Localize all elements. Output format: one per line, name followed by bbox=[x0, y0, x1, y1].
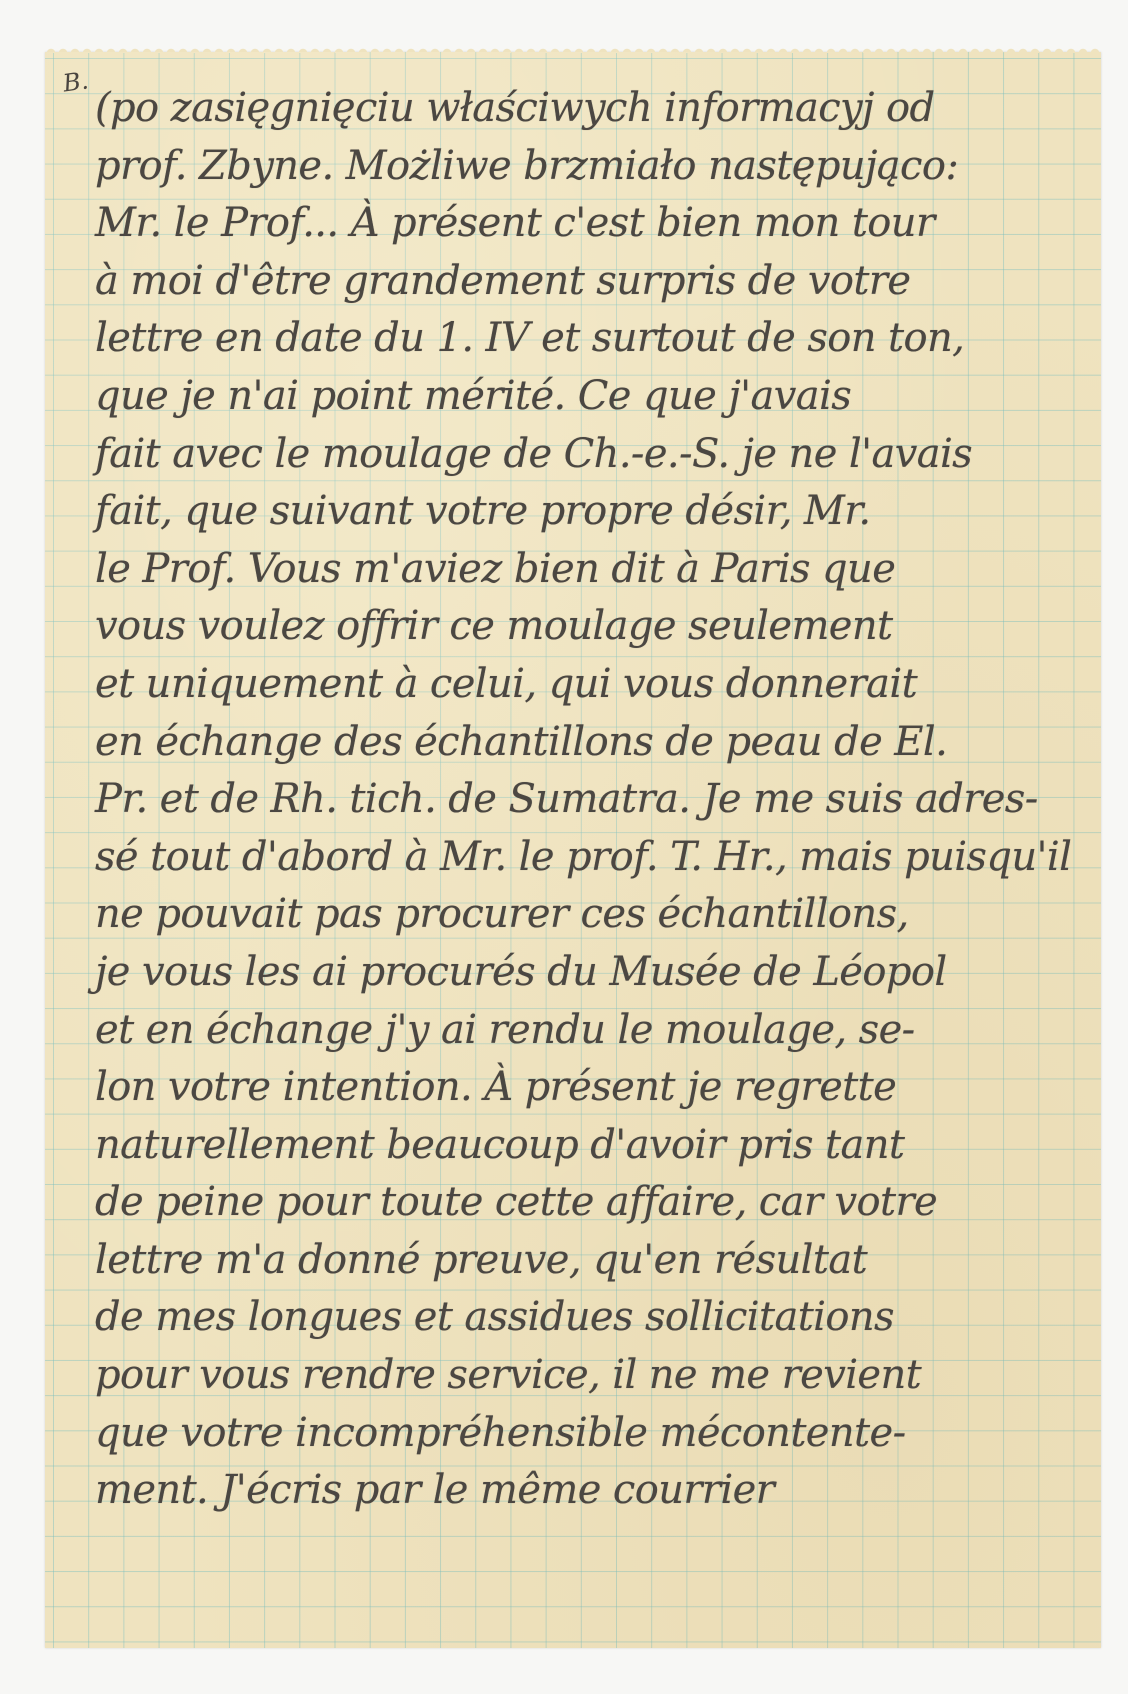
text-line: prof. Zbyne. Możliwe brzmiało następując… bbox=[95, 138, 1087, 196]
text-line: pour vous rendre service, il ne me revie… bbox=[95, 1347, 1087, 1405]
text-line: Mr. le Prof... À présent c'est bien mon … bbox=[95, 195, 1087, 253]
text-line: fait, que suivant votre propre désir, Mr… bbox=[95, 483, 1087, 541]
text-line: lettre m'a donné preuve, qu'en résultat bbox=[95, 1232, 1087, 1290]
folio-mark: B. bbox=[61, 66, 90, 97]
text-line: lettre en date du 1. IV et surtout de so… bbox=[95, 310, 1087, 368]
text-line: que je n'ai point mérité. Ce que j'avais bbox=[95, 368, 1087, 426]
text-line: Pr. et de Rh. tich. de Sumatra. Je me su… bbox=[95, 771, 1087, 829]
text-line: le Prof. Vous m'aviez bien dit à Paris q… bbox=[95, 541, 1087, 599]
text-line: de mes longues et assidues sollicitation… bbox=[95, 1289, 1087, 1347]
text-line: naturellement beaucoup d'avoir pris tant bbox=[95, 1117, 1087, 1175]
text-line: ment. J'écris par le même courrier bbox=[95, 1462, 1087, 1520]
text-line: en échange des échantillons de peau de E… bbox=[95, 714, 1087, 772]
text-line: que votre incompréhensible mécontente- bbox=[95, 1405, 1087, 1463]
text-line: fait avec le moulage de Ch.-e.-S. je ne … bbox=[95, 426, 1087, 484]
text-line: à moi d'être grandement surpris de votre bbox=[95, 253, 1087, 311]
text-line: lon votre intention. À présent je regret… bbox=[95, 1059, 1087, 1117]
text-line: vous voulez offrir ce moulage seulement bbox=[95, 598, 1087, 656]
text-line: je vous les ai procurés du Musée de Léop… bbox=[95, 944, 1087, 1002]
text-line: (po zasięgnięciu właściwych informacyj o… bbox=[95, 80, 1087, 138]
text-line: et uniquement à celui, qui vous donnerai… bbox=[95, 656, 1087, 714]
text-line: de peine pour toute cette affaire, car v… bbox=[95, 1174, 1087, 1232]
letter-page: B. (po zasięgnięciu właściwych informacy… bbox=[45, 52, 1101, 1648]
text-line: sé tout d'abord à Mr. le prof. T. Hr., m… bbox=[95, 829, 1087, 887]
text-line: ne pouvait pas procurer ces échantillons… bbox=[95, 886, 1087, 944]
text-line: et en échange j'y ai rendu le moulage, s… bbox=[95, 1002, 1087, 1060]
handwritten-text: (po zasięgnięciu właściwych informacyj o… bbox=[95, 80, 1087, 1520]
